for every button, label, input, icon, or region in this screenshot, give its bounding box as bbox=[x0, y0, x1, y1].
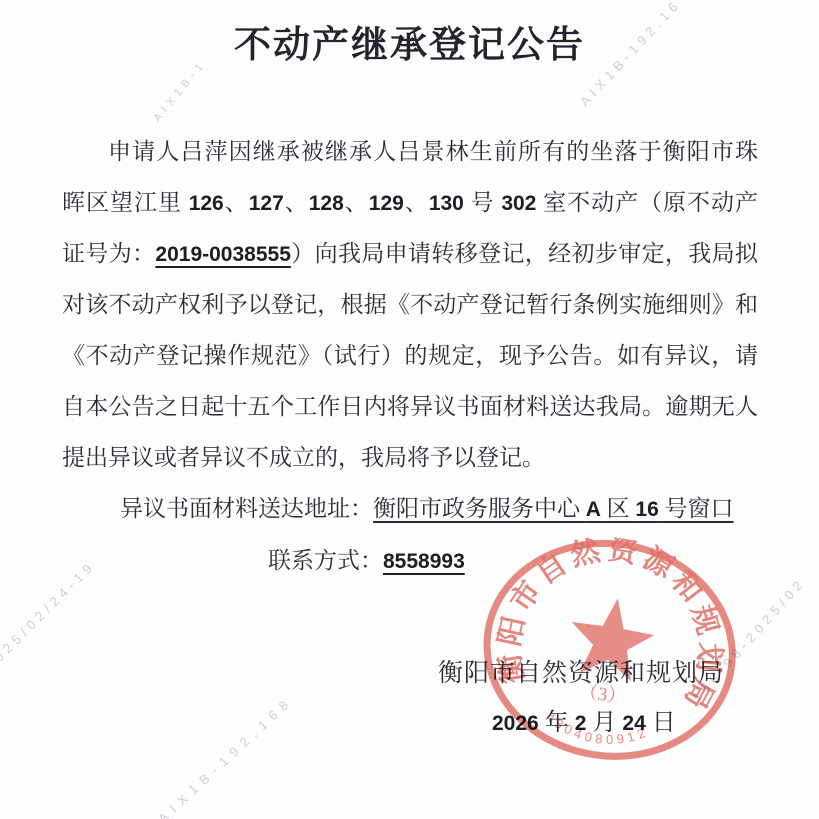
body-line-6: 自本公告之日起十五个工作日内将异议书面材料送达我局。逾期无人 bbox=[62, 381, 758, 432]
body-line-2: 晖区望江里 126、127、128、129、130 号 302 室不动产（原不动… bbox=[62, 177, 758, 228]
document-body: 申请人吕萍因继承被继承人吕景林生前所有的坐落于衡阳市珠 晖区望江里 126、12… bbox=[62, 126, 758, 587]
house-number: 130 bbox=[429, 192, 464, 215]
body-line-7: 提出异议或者异议不成立的，我局将予以登记。 bbox=[62, 432, 758, 483]
address-label: 异议书面材料送达地址： bbox=[120, 496, 373, 521]
body-text-run: 号 bbox=[464, 190, 501, 215]
address-value: 衡阳市政务服务中心 A 区 16 号窗口 bbox=[373, 496, 734, 521]
body-line-4: 对该不动产权利予以登记，根据《不动产登记暂行条例实施细则》和 bbox=[62, 279, 758, 330]
house-number: 126 bbox=[189, 192, 224, 215]
zone-letter: A bbox=[586, 498, 601, 521]
body-text-run: 室不动产（原不动产 bbox=[536, 190, 758, 215]
house-number: 127 bbox=[249, 192, 284, 215]
window-number: 16 bbox=[635, 498, 658, 521]
seal-star-icon bbox=[564, 592, 659, 684]
watermark-bottom-left: AIX1B-192.168 bbox=[155, 693, 296, 819]
address-run: 衡阳市政务服务中心 bbox=[373, 496, 586, 521]
body-line-3: 证号为：2019-0038555）向我局申请转移登记，经初步审定，我局拟 bbox=[62, 228, 758, 279]
phone-number: 8558993 bbox=[383, 550, 465, 573]
house-number: 129 bbox=[369, 192, 404, 215]
body-line-5: 《不动产登记操作规范》（试行）的规定，现予公告。如有异议，请 bbox=[62, 330, 758, 381]
house-number: 128 bbox=[309, 192, 344, 215]
room-number: 302 bbox=[501, 192, 536, 215]
objection-address-line: 异议书面材料送达地址：衡阳市政务服务中心 A 区 16 号窗口 bbox=[62, 483, 758, 535]
body-line-1: 申请人吕萍因继承被继承人吕景林生前所有的坐落于衡阳市珠 bbox=[62, 126, 758, 177]
body-text-run: 、 bbox=[284, 190, 309, 215]
watermark-left-edge: 2025/02/24-19 bbox=[0, 558, 98, 674]
body-text-run: 、 bbox=[404, 190, 429, 215]
body-text-run: 、 bbox=[344, 190, 369, 215]
seal-code: （3） bbox=[577, 680, 627, 709]
phone-label: 联系方式： bbox=[268, 548, 383, 573]
address-run: 区 bbox=[601, 496, 636, 521]
certificate-number: 2019-0038555 bbox=[155, 243, 290, 266]
announcement-document: AIX1B-192.16 AIX1B-1 2025/02/24-19 AIX1B… bbox=[0, 0, 819, 819]
body-text-run: 证号为： bbox=[62, 241, 155, 266]
address-run: 号窗口 bbox=[659, 496, 734, 521]
body-text-run: 晖区望江里 bbox=[62, 190, 189, 215]
body-text-run: 、 bbox=[224, 190, 249, 215]
official-seal: 衡阳市自然资源和规划局 （3） 4304080912 bbox=[461, 519, 758, 789]
document-title: 不动产继承登记公告 bbox=[0, 14, 819, 68]
body-text-run: ）向我局申请转移登记，经初步审定，我局拟 bbox=[291, 241, 758, 266]
